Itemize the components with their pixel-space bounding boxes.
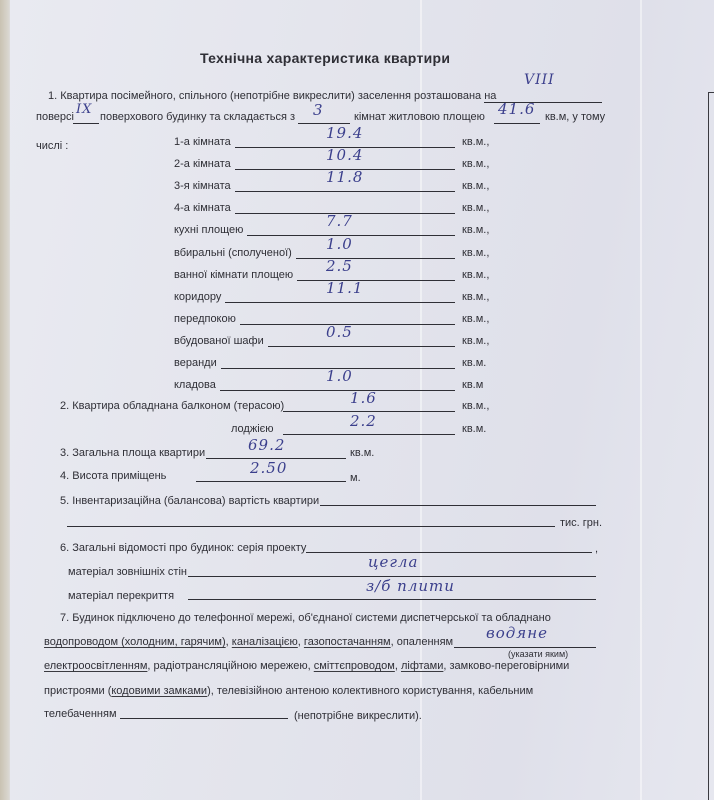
utilities-line-3: електроосвітленням, радіотрансляційною м… [44, 660, 569, 672]
building-floors-line [73, 123, 99, 124]
area-row-label: кухні площею [174, 224, 243, 236]
area-row-line [220, 390, 455, 391]
including-label: числі : [36, 140, 68, 152]
loggia-label: лоджією [231, 423, 274, 435]
area-row-line [297, 280, 455, 281]
balcony-unit: кв.м., [462, 400, 489, 412]
floor-label: поверсі [36, 111, 74, 123]
cable-tv-line [120, 718, 288, 719]
living-area-label: кімнат житловою площею [354, 111, 485, 123]
balcony-label: 2. Квартира обладнана балконом (терасою) [60, 400, 284, 412]
rooms-count-value[interactable]: 3 [313, 101, 324, 119]
area-row-value[interactable]: 11.1 [326, 279, 363, 297]
area-row-line [225, 302, 455, 303]
living-area-unit: кв.м, у тому [545, 111, 605, 123]
area-row-unit: кв.м., [462, 202, 489, 214]
ceiling-material-line [188, 599, 596, 600]
cable-tv-note: (непотрібне викреслити). [294, 710, 422, 722]
area-row-unit: кв.м., [462, 335, 489, 347]
loggia-value[interactable]: 2.2 [350, 412, 377, 430]
area-row-label: кладова [174, 379, 216, 391]
area-row-unit: кв.м. [462, 357, 486, 369]
building-info-label: 6. Загальні відомості про будинок: серія… [60, 542, 306, 554]
heating-value[interactable]: водяне [486, 624, 548, 642]
area-row-value[interactable]: 19.4 [326, 124, 363, 142]
area-row-label: 1-а кімната [174, 136, 231, 148]
area-row-label: 2-а кімната [174, 158, 231, 170]
area-row-value[interactable]: 10.4 [326, 146, 363, 164]
ceiling-material-value[interactable]: з/б плити [366, 577, 455, 595]
elevators: ліфтами [401, 660, 443, 672]
area-row-unit: кв.м., [462, 136, 489, 148]
area-row-line [235, 191, 455, 192]
loggia-line [283, 434, 455, 435]
heating-line [454, 647, 596, 648]
utilities-line-2: водопроводом (холодним, гарячим), каналі… [44, 636, 453, 648]
inventory-value-unit: тис. грн. [560, 517, 602, 529]
area-row-value[interactable]: 1.0 [326, 235, 353, 253]
area-row-unit: кв.м., [462, 269, 489, 281]
inventory-value-line-2 [67, 526, 555, 527]
total-area-label: 3. Загальна площа квартири [60, 447, 205, 459]
living-area-value[interactable]: 41.6 [498, 100, 535, 118]
project-series-line [306, 552, 592, 553]
heating-hint: (указати яким) [508, 649, 568, 659]
living-area-line [494, 123, 540, 124]
water-supply: водопроводом (холодним, гарячим) [44, 636, 226, 648]
area-row-label: вбиральні (сполученої) [174, 247, 292, 259]
area-row-unit: кв.м., [462, 224, 489, 236]
area-row-unit: кв.м [462, 379, 483, 391]
building-text: поверхового будинку та складається з [100, 111, 295, 123]
area-row-label: 4-а кімната [174, 202, 231, 214]
area-row-unit: кв.м., [462, 158, 489, 170]
inventory-value-label: 5. Інвентаризаційна (балансова) вартість… [60, 495, 319, 507]
ceiling-material-label: матеріал перекриття [68, 590, 174, 602]
area-row-unit: кв.м., [462, 247, 489, 259]
cable-tv-label: телебаченням [44, 708, 117, 720]
total-area-unit: кв.м. [350, 447, 374, 459]
balcony-value[interactable]: 1.6 [350, 389, 377, 407]
area-row-value[interactable]: 2.5 [326, 257, 353, 275]
area-row-line [268, 346, 455, 347]
utilities-line-4: пристроями (кодовими замками), телевізій… [44, 685, 533, 697]
height-line [196, 481, 346, 482]
document-title: Технічна характеристика квартири [200, 50, 450, 66]
page-border [708, 92, 714, 800]
area-row-unit: кв.м., [462, 313, 489, 325]
area-row-label: веранди [174, 357, 217, 369]
area-row-value[interactable]: 0.5 [326, 323, 353, 341]
section1-text: 1. Квартира посімейного, спільного (непо… [48, 90, 496, 102]
height-value[interactable]: 2.50 [250, 459, 287, 477]
project-series-suffix: , [595, 543, 598, 555]
code-locks: кодовими замками [111, 685, 207, 697]
height-label: 4. Висота приміщень [60, 470, 166, 482]
sewerage: каналізацією [232, 636, 298, 648]
area-row-label: 3-я кімната [174, 180, 231, 192]
area-row-value[interactable]: 7.7 [326, 212, 353, 230]
building-floors-value[interactable]: IX [76, 102, 92, 117]
utilities-intro: 7. Будинок підключено до телефонної мере… [60, 612, 551, 624]
garbage-chute: сміттєпроводом [314, 660, 395, 672]
paper-fold [640, 0, 642, 800]
walls-material-label: матеріал зовнішніх стін [68, 566, 187, 578]
gas-supply: газопостачанням [304, 636, 391, 648]
area-row-label: ванної кімнати площею [174, 269, 293, 281]
area-row-unit: кв.м., [462, 180, 489, 192]
total-area-value[interactable]: 69.2 [248, 436, 285, 454]
loggia-unit: кв.м. [462, 423, 486, 435]
area-row-line [296, 258, 455, 259]
floor-value[interactable]: VIII [524, 72, 555, 88]
inventory-value-line-1 [320, 505, 596, 506]
heating-label: , опаленням [391, 636, 454, 648]
area-row-value[interactable]: 11.8 [326, 168, 363, 186]
area-row-value[interactable]: 1.0 [326, 367, 353, 385]
area-row-label: вбудованої шафи [174, 335, 264, 347]
walls-material-value[interactable]: цегла [368, 553, 418, 571]
area-row-label: коридору [174, 291, 221, 303]
area-row-unit: кв.м., [462, 291, 489, 303]
area-row-label: передпокою [174, 313, 236, 325]
electric-lighting: електроосвітленням [44, 660, 147, 672]
height-unit: м. [350, 472, 361, 484]
